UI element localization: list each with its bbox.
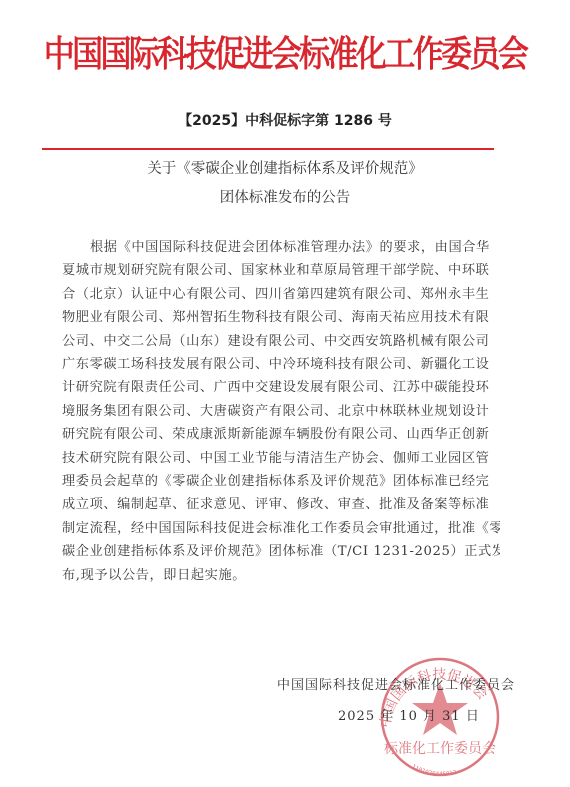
document-number: 【2025】中科促标字第 1286 号: [0, 110, 570, 130]
announcement-title-line-2: 团体标准发布的公告: [0, 186, 570, 207]
body-line: 理委员会起草的《零碳企业创建指标体系及评价规范》团体标准已经完: [62, 470, 500, 493]
signature-date: 2025 年 10 月 31 日: [338, 705, 480, 724]
seal-code: 1101020446012: [410, 763, 457, 778]
header-divider: [42, 148, 494, 150]
body-line: 研究院有限公司、荣成康派斯新能源车辆股份有限公司、山西华正创新: [62, 423, 500, 446]
body-line: 制定流程，经中国国际科技促进会标准化工作委员会审批通过，批准《零: [62, 517, 500, 540]
body-line: 布,现予以公告，即日起实施。: [62, 564, 500, 587]
body-line: 技术研究院有限公司、中国工业节能与清洁生产协会、伽师工业园区管: [62, 447, 500, 470]
announcement-body: 根据《中国国际科技促进会团体标准管理办法》的要求，由国合华 夏城市规划研究院有限…: [62, 236, 500, 587]
body-line: 夏城市规划研究院有限公司、国家林业和草原局管理干部学院、中环联: [62, 259, 500, 282]
body-line: 碳企业创建指标体系及评价规范》团体标准（T/CI 1231-2025）正式发: [62, 540, 500, 563]
body-line: 成立项、编制起草、征求意见、评审、修改、审查、批准及备案等标准: [62, 493, 500, 516]
announcement-title-line-1: 关于《零碳企业创建指标体系及评价规范》: [0, 157, 570, 178]
svg-text:1101020446012: 1101020446012: [410, 763, 457, 778]
issuer-masthead: 中国国际科技促进会标准化工作委员会: [40, 30, 530, 78]
body-line: 计研究院有限责任公司、广西中交建设发展有限公司、江苏中碳能投环: [62, 376, 500, 399]
signature-organization: 中国国际科技促进会标准化工作委员会: [277, 674, 515, 693]
body-line: 根据《中国国际科技促进会团体标准管理办法》的要求，由国合华: [62, 236, 500, 259]
seal-bottom-text: 标准化工作委员会: [384, 740, 496, 757]
body-line: 公司、中交二公局（山东）建设有限公司、中交西安筑路机械有限公司: [62, 330, 500, 353]
body-line: 广东零碳工场科技发展有限公司、中冷环境科技有限公司、新疆化工设: [62, 353, 500, 376]
body-line: 物肥业有限公司、郑州智拓生物科技有限公司、海南天祐应用技术有限: [62, 306, 500, 329]
body-line: 合（北京）认证中心有限公司、四川省第四建筑有限公司、郑州永丰生: [62, 283, 500, 306]
body-line: 境服务集团有限公司、大唐碳资产有限公司、北京中林联林业规划设计: [62, 400, 500, 423]
